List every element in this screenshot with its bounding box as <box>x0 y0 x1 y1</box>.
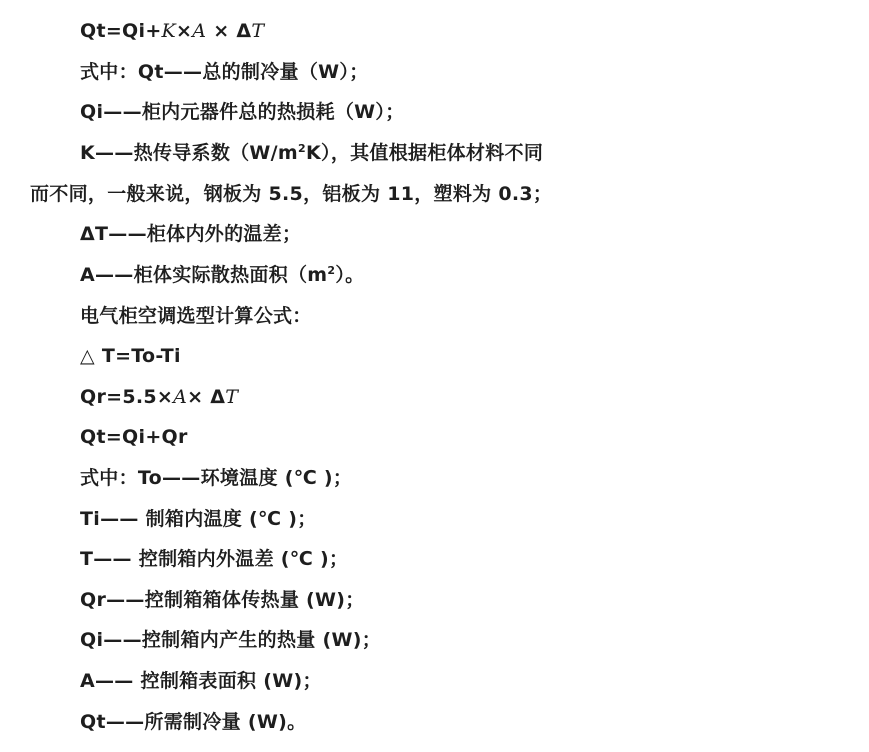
superscript: 2 <box>298 142 306 155</box>
definition-qr: Qr——控制箱箱体传热量 (W)； <box>80 587 365 613</box>
definition-text: ）。 <box>335 264 364 286</box>
formula-operator: × Δ <box>187 386 225 408</box>
formula-total-cooling: Qt=Qi+K×A × ΔT <box>80 18 264 44</box>
formula-qr: Qr=5.5×A× ΔT <box>80 384 238 410</box>
definition-text: K），其值根据柜体材料不同 <box>306 142 543 164</box>
formula-text: Qt=Qi+ <box>80 20 162 42</box>
definition-to: 式中：To——环境温度 (℃ )； <box>80 465 352 491</box>
definition-a: A——柜体实际散热面积（m2）。 <box>80 262 364 288</box>
definition-k-continued: 而不同，一般来说，钢板为 5.5，铝板为 11，塑料为 0.3； <box>30 181 552 207</box>
formula-operator: × Δ <box>206 20 251 42</box>
definition-qi-box: Qi——控制箱内产生的热量 (W)； <box>80 627 381 653</box>
formula-qt: Qt=Qi+Qr <box>80 424 188 450</box>
definition-text: A——柜体实际散热面积（m <box>80 264 327 286</box>
definition-delta-t: ΔT——柜体内外的温差； <box>80 221 301 247</box>
formula-delta-t: △ T=To-Ti <box>80 343 181 369</box>
section-heading: 电气柜空调选型计算公式： <box>80 303 312 329</box>
definition-qt: 式中：Qt——总的制冷量（W）； <box>80 59 369 85</box>
definition-ti: Ti—— 制箱内温度 (℃ )； <box>80 506 317 532</box>
definition-text: K——热传导系数（W/m <box>80 142 298 164</box>
definition-t: T—— 控制箱内外温差 (℃ )； <box>80 546 348 572</box>
variable-a: A <box>173 386 187 408</box>
definition-qi: Qi——柜内元器件总的热损耗（W）； <box>80 99 405 125</box>
variable-t: T <box>251 20 264 42</box>
variable-a: A <box>192 20 206 42</box>
definition-k: K——热传导系数（W/m2K），其值根据柜体材料不同 <box>80 140 543 166</box>
formula-operator: × <box>176 20 192 42</box>
definition-a-box: A—— 控制箱表面积 (W)； <box>80 668 322 694</box>
variable-k: K <box>162 20 177 42</box>
formula-text: Qr=5.5× <box>80 386 173 408</box>
definition-qt-required: Qt——所需制冷量 (W)。 <box>80 709 306 735</box>
document-page: Qt=Qi+K×A × ΔT 式中：Qt——总的制冷量（W）； Qi——柜内元器… <box>0 0 869 752</box>
variable-t: T <box>225 386 238 408</box>
